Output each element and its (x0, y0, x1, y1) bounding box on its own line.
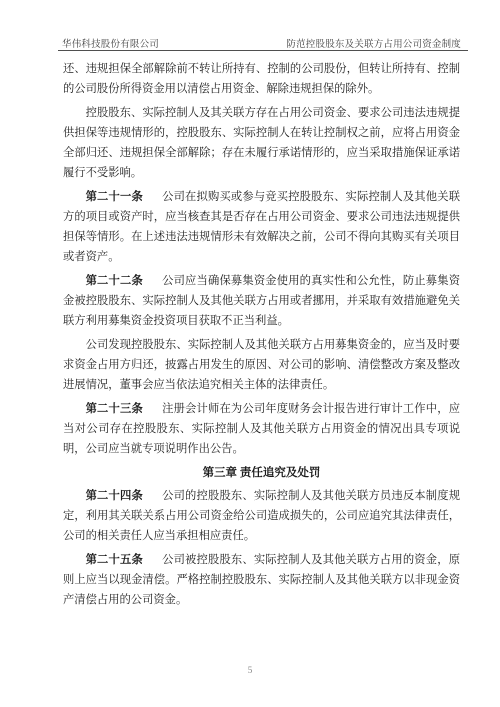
article-paragraph: 第二十四条公司的控股股东、实际控制人及其他关联方员违反本制度规定，利用其关联关系… (63, 486, 460, 546)
article-number: 第二十一条 (86, 191, 143, 203)
article-number: 第二十五条 (86, 554, 143, 566)
document-body: 还、违规担保全部解除前不转让所持有、控制的公司股份，但转让所持有、控制的公司股份… (63, 59, 460, 614)
body-paragraph: 公司发现控股股东、实际控制人及其他关联方占用募集资金的，应当及时要求资金占用方归… (63, 335, 460, 395)
header-divider (58, 50, 468, 51)
page-number: 5 (248, 666, 253, 676)
article-paragraph: 第二十二条公司应当确保募集资金使用的真实性和公允性，防止募集资金被控股股东、实际… (63, 271, 460, 331)
header-company-name: 华伟科技股份有限公司 (62, 36, 159, 50)
article-number: 第二十四条 (86, 490, 143, 502)
document-page: 华伟科技股份有限公司 防范控股股东及关联方占用公司资金制度 还、违规担保全部解除… (0, 0, 500, 707)
header-document-title: 防范控股股东及关联方占用公司资金制度 (286, 36, 461, 50)
page-footer: 5 (0, 666, 500, 676)
article-paragraph: 第二十五条公司被控股股东、实际控制人及其他关联方占用的资金，原则上应当以现金清偿… (63, 550, 460, 610)
continuation-paragraph: 还、违规担保全部解除前不转让所持有、控制的公司股份，但转让所持有、控制的公司股份… (63, 59, 460, 99)
page-header: 华伟科技股份有限公司 防范控股股东及关联方占用公司资金制度 (62, 36, 461, 50)
article-paragraph: 第二十三条注册会计师在为公司年度财务会计报告进行审计工作中，应当对公司存在控股股… (63, 399, 460, 459)
article-paragraph: 第二十一条公司在拟购买或参与竞买控股股东、实际控制人及其他关联方的项目或资产时，… (63, 187, 460, 267)
chapter-heading: 第三章 责任追究及处罚 (63, 463, 460, 483)
body-paragraph: 控股股东、实际控制人及其关联方存在占用公司资金、要求公司违法违规提供担保等违规情… (63, 103, 460, 183)
article-number: 第二十三条 (86, 403, 143, 415)
article-number: 第二十二条 (86, 275, 143, 287)
